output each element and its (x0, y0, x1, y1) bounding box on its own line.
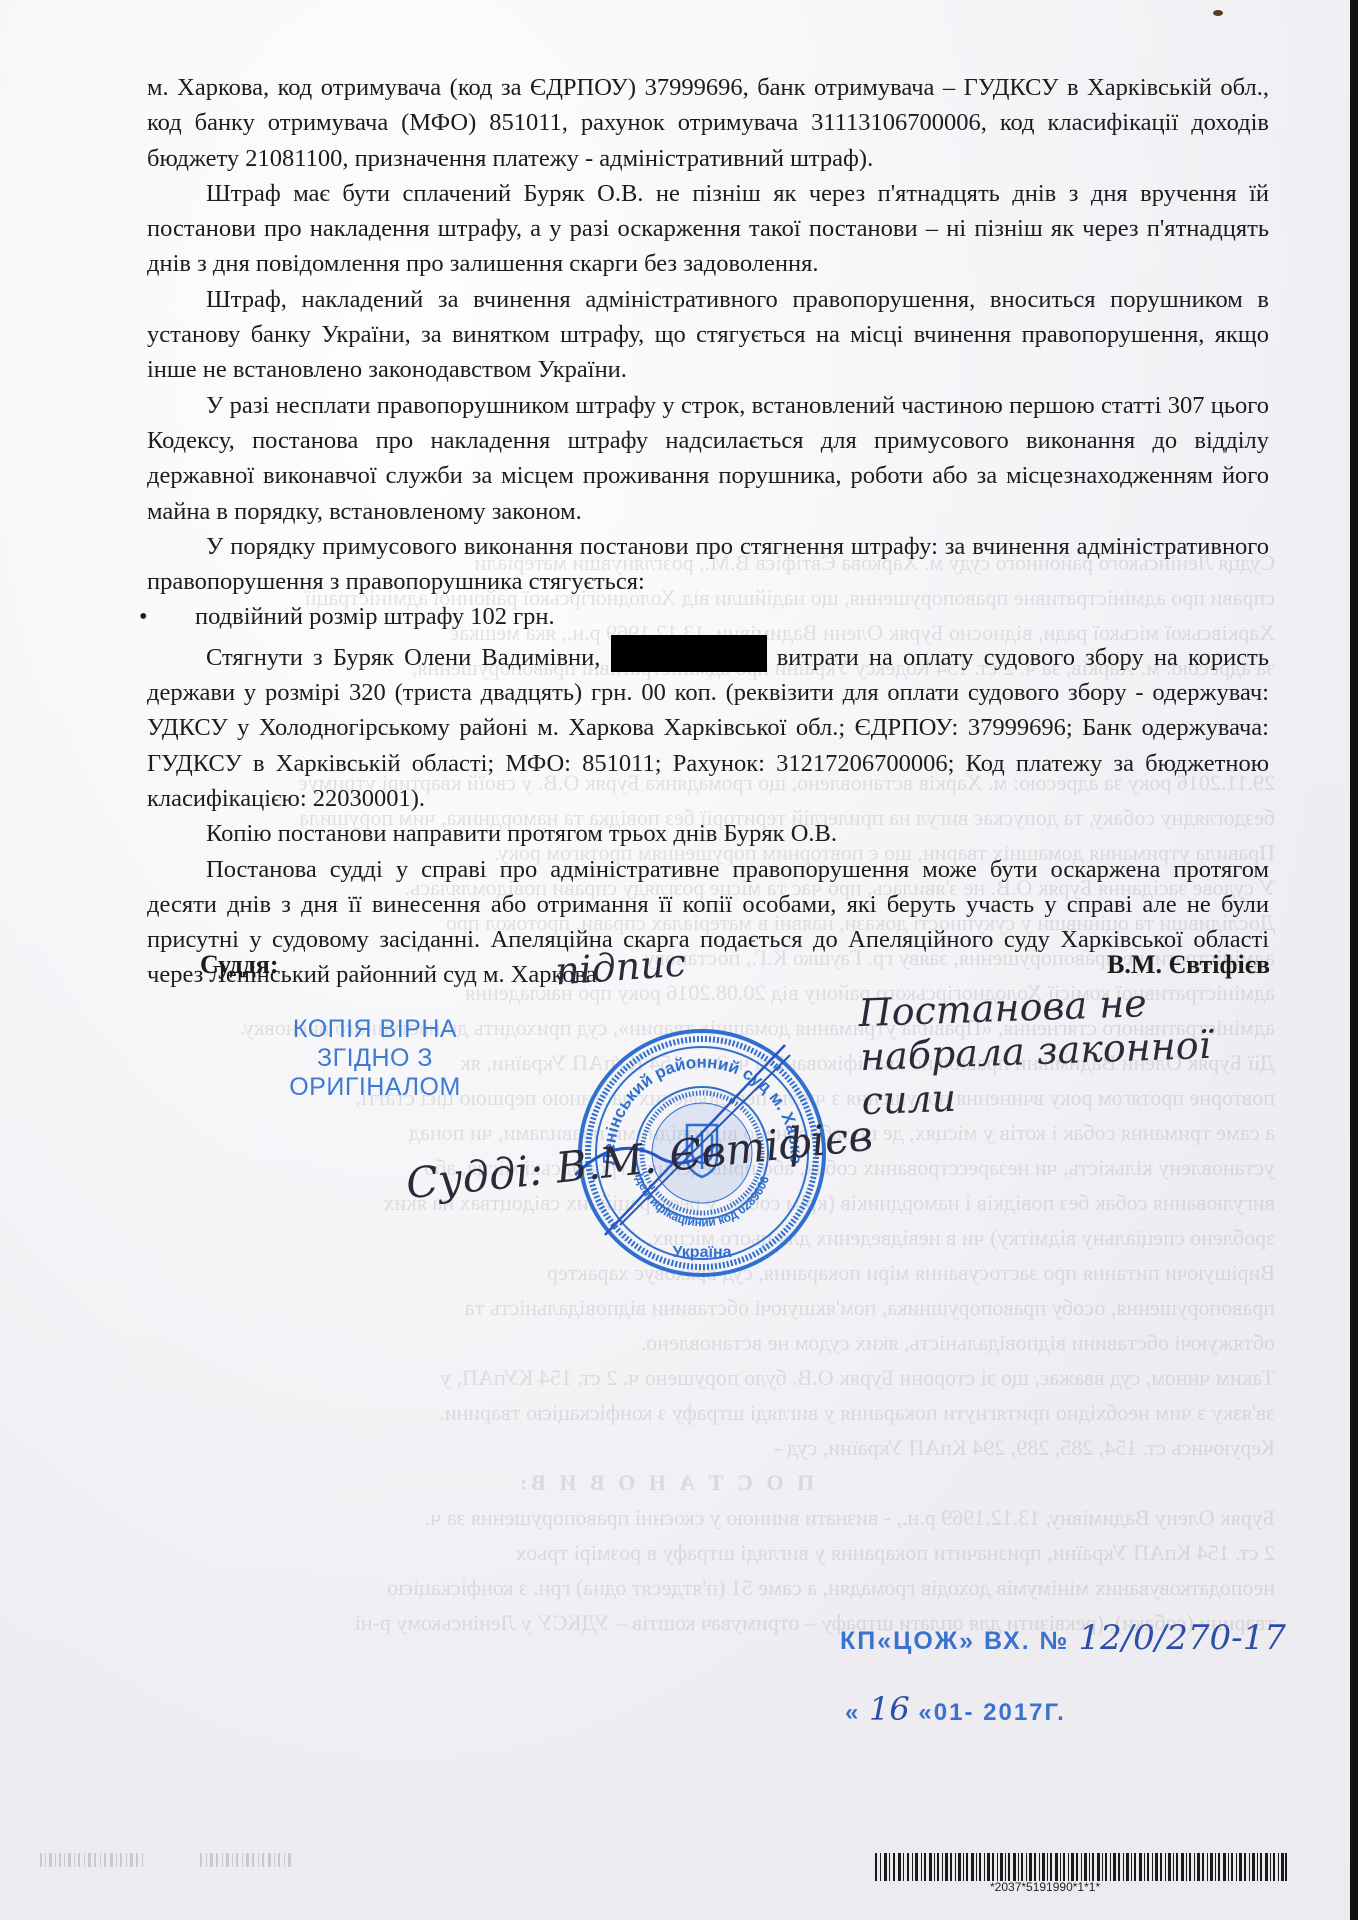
ghost-line: правопорушення, особу правопорушника, по… (55, 1290, 1275, 1325)
registration-number: 12/0/270-17 (1078, 1618, 1285, 1658)
ghost-line: 2 ст. 154 КпАП України, призначити покар… (55, 1535, 1275, 1570)
stamp-line: ЗГІДНО З (260, 1044, 490, 1073)
registration-day: 16 (869, 1690, 910, 1728)
judge-name: В.М. Євтіфієв (1107, 950, 1270, 980)
ghost-line: Керуючись ст. 154, 285, 289, 294 КпАП Ук… (55, 1430, 1275, 1465)
paragraph-payment-deadline: Штраф має бути сплачений Буряк О.В. не п… (147, 176, 1269, 282)
paragraph-enforcement: У порядку примусового виконання постанов… (147, 529, 1269, 600)
registration-date: « 16 «01- 2017Г. (845, 1690, 1066, 1728)
handwritten-note-not-in-force: Постанова не набрала законної сили (858, 979, 1213, 1123)
paper-speck (1213, 10, 1223, 16)
bullet-text: подвійний розмір штрафу 102 грн. (195, 603, 555, 630)
judge-label: Суддя: (200, 950, 279, 980)
ghost-line: Буряк Олену Вадимівну, 13.12.1969 р.н., … (55, 1500, 1275, 1535)
bullet-icon: • (139, 599, 148, 634)
paragraph-nonpayment: У разі несплати правопорушником штрафу у… (147, 388, 1269, 529)
stamp-line: КОПІЯ ВІРНА (260, 1015, 490, 1044)
court-fee-text-start: Стягнути з Буряк Олени Вадимівни, (206, 644, 600, 671)
registration-stamp: КП«ЦОЖ» ВХ. № 12/0/270-17 (840, 1618, 1286, 1658)
handwritten-signature: підпис (554, 940, 688, 993)
paragraph-copy-delivery: Копію постанови направити протягом трьох… (147, 816, 1269, 851)
stamp-line: ОРИГІНАЛОМ (260, 1073, 490, 1102)
ghost-barcode-icon (40, 1853, 360, 1867)
ghost-line: П О С Т А Н О В И В: (55, 1465, 1275, 1500)
barcode-label: *2037*5191990*1*1* (990, 1880, 1100, 1894)
registration-prefix: КП«ЦОЖ» ВХ. № (840, 1627, 1070, 1655)
ghost-line: зв'язку з чим необхідно притягнути покар… (55, 1395, 1275, 1430)
registration-month-year: «01- 2017Г. (918, 1699, 1065, 1726)
document-body: м. Харкова, код отримувача (код за ЄДРПО… (147, 70, 1269, 993)
copy-certified-stamp: КОПІЯ ВІРНА ЗГІДНО З ОРИГІНАЛОМ (260, 1015, 490, 1102)
ghost-line: обтяжуючі обставини відповідальність, як… (55, 1325, 1275, 1360)
scan-edge (1350, 0, 1358, 1920)
redaction-box (611, 635, 767, 672)
seal-bottom-text: Україна (672, 1244, 731, 1261)
barcode-icon (875, 1853, 1287, 1881)
paragraph-payment-method: Штраф, накладений за вчинення адміністра… (147, 282, 1269, 388)
bullet-item-double-fine: • подвійний розмір штрафу 102 грн. (147, 599, 1269, 634)
paragraph-payment-details: м. Харкова, код отримувача (код за ЄДРПО… (147, 70, 1269, 176)
ghost-line: Таким чином, суд вважає, що зі сторони Б… (55, 1360, 1275, 1395)
ghost-line: неоподатковуваних мінімумів доходів гром… (55, 1570, 1275, 1605)
date-open-quote: « (845, 1699, 860, 1726)
paragraph-court-fee: Стягнути з Буряк Олени Вадимівни, витрат… (147, 635, 1269, 816)
